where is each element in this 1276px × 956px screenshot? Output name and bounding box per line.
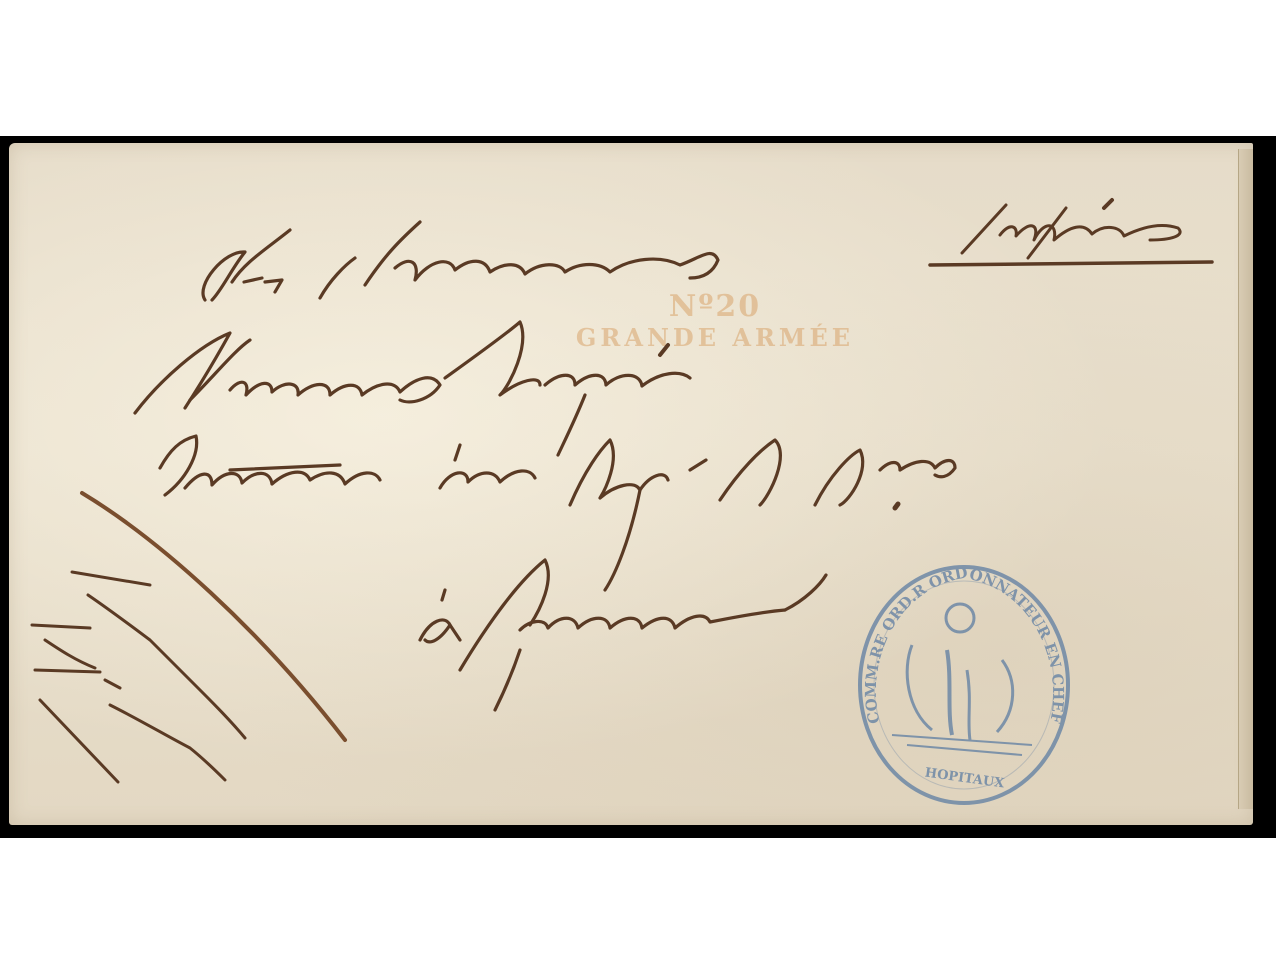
side-note bbox=[32, 572, 245, 782]
address-line-3 bbox=[160, 436, 955, 590]
svg-text:COMM.RE ORD.R ORDONNATEUR EN C: COMM.RE ORD.R ORDONNATEUR EN CHEF bbox=[862, 563, 1067, 725]
cachet-bottom-text: HOPITAUX bbox=[924, 766, 1006, 792]
address-line-4 bbox=[420, 560, 826, 710]
hospital-cachet-stamp: COMM.RE ORD.R ORDONNATEUR EN CHEF HOPITA… bbox=[852, 560, 1076, 810]
address-line-1 bbox=[203, 222, 718, 300]
address-line-2 bbox=[135, 322, 690, 455]
handwriting-ink bbox=[0, 0, 1276, 956]
cachet-ring-text: COMM.RE ORD.R ORDONNATEUR EN CHEF bbox=[862, 563, 1067, 725]
urgent-note-pressee bbox=[930, 200, 1212, 265]
